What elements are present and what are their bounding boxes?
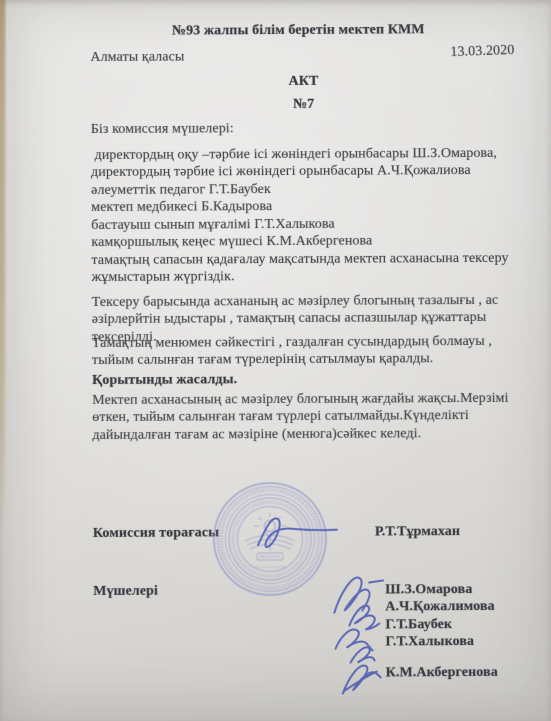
signatory-name: Ш.З.Омарова xyxy=(385,581,497,599)
document-photo: №93 жалпы білім беретін мектеп КММ Алмат… xyxy=(0,0,551,721)
commission-intro: Біз комиссия мүшелері: xyxy=(91,120,234,138)
chairman-name: Р.Т.Тұрмахан xyxy=(375,523,460,541)
signature-kozhalimova xyxy=(349,606,379,630)
chairman-label: Комиссия төрағасы xyxy=(93,524,219,542)
signatory-name: А.Ч.Қожалимова xyxy=(385,598,497,616)
conclusion-text: Мектеп асханасының ас мәзірлеу блогының … xyxy=(92,390,540,445)
signature-khalykova xyxy=(351,647,375,662)
city-label: Алматы қаласы xyxy=(90,48,184,66)
member-line: директордың оқу –тәрбие ісі жөніндегі ор… xyxy=(91,145,541,165)
signatory-name: К.М.Акбергенова xyxy=(386,663,498,681)
members-label: Мүшелері xyxy=(93,583,158,601)
conclusion-heading: Қорытынды жасалды. xyxy=(92,371,237,389)
signature-baubek xyxy=(335,629,372,650)
signature-omarova xyxy=(334,577,383,612)
paragraph-inspection-purpose: тамақтың сапасын қадағалау мақсатында ме… xyxy=(91,250,511,287)
signatory-names: Ш.З.Омарова А.Ч.Қожалимова Г.Т.Баубек Г.… xyxy=(385,581,498,682)
paragraph-menu-check: Тамақтың менюмен сәйкестігі , газдалған … xyxy=(92,333,532,370)
member-line: камқоршылық кеңес мүшесі К.М.Акбергенова xyxy=(91,232,541,252)
signatory-name: Г.Т.Халыкова xyxy=(385,633,497,651)
commission-members-list: директордың оқу –тәрбие ісі жөніндегі ор… xyxy=(91,145,542,252)
doc-type-heading: АКТ xyxy=(58,72,548,92)
document-title: №93 жалпы білім беретін мектеп КММ xyxy=(58,21,538,41)
doc-number: №7 xyxy=(59,95,549,115)
signatory-name: Г.Т.Баубек xyxy=(385,616,497,634)
document-date: 13.03.2020 xyxy=(450,42,515,62)
signature-akbergenova xyxy=(343,666,381,694)
signature-chairman xyxy=(258,518,337,547)
official-round-stamp-icon xyxy=(210,479,331,600)
